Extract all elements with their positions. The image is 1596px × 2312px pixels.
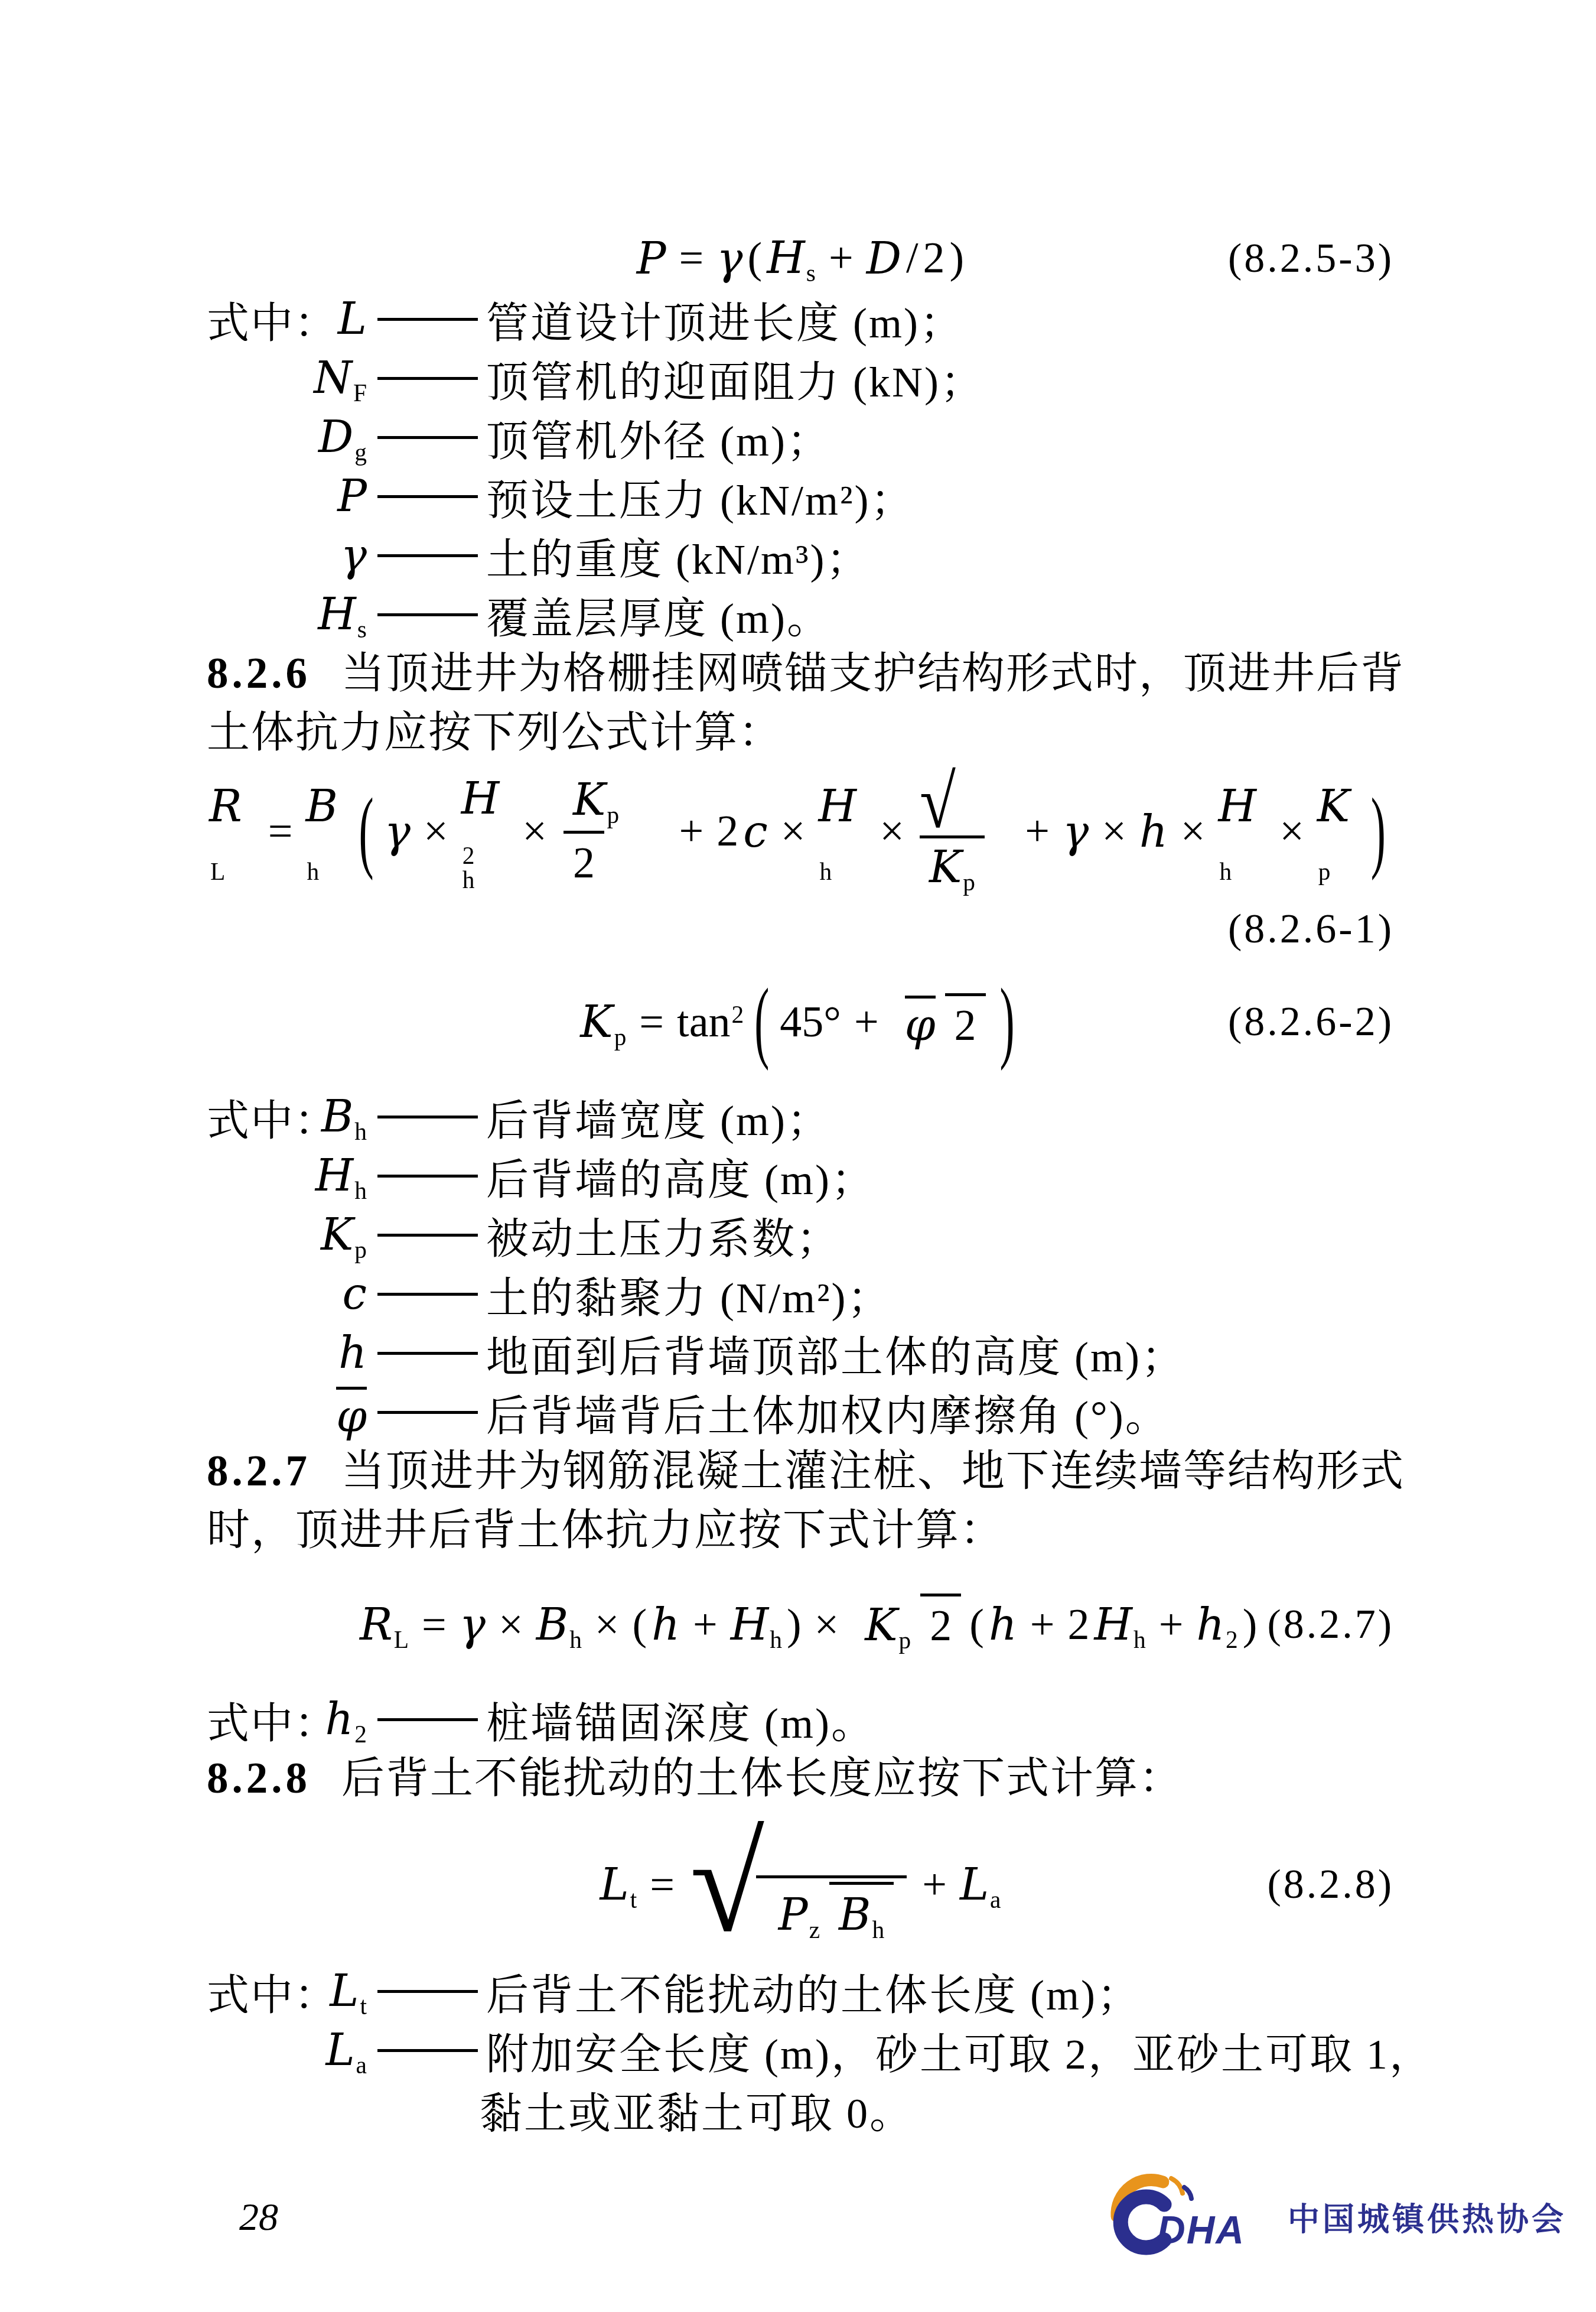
em-dash — [377, 613, 478, 616]
logo-abbr: DHA — [1157, 2208, 1245, 2252]
symbol-term: c — [340, 1269, 369, 1319]
definition-text: 土的重度 (kN/m³)； — [486, 525, 871, 586]
definition-text: 土的黏聚力 (N/m²)； — [486, 1263, 892, 1325]
formula-8-2-6-2: Kp=tan2(45°+φ2) (8.2.6-2) — [207, 957, 1394, 1087]
formula-expression: Lt=√PzBh+La — [598, 1817, 1004, 1952]
em-dash — [377, 1411, 478, 1414]
page-number: 28 — [239, 2195, 278, 2240]
logo-mark-icon: DHA — [1106, 2173, 1275, 2262]
page-footer: 28 DHA 中国城镇供热协会 — [0, 2165, 1596, 2269]
definition-text: 后背土不能扰动的土体长度 (m)； — [486, 1960, 1141, 2022]
em-dash — [377, 2049, 478, 2052]
formula-where-label: 式中： — [207, 1086, 338, 1147]
definition-row-La-continuation: 黏土或亚黏土可取 0。 — [207, 2080, 1394, 2139]
definition-text: 地面到后背墙顶部土体的高度 (m)； — [486, 1322, 1185, 1384]
symbol-term: φ — [334, 1387, 369, 1438]
page-content: P=γ(Hs+D/2) (8.2.5-3) 式中：L 管道设计顶进长度 (m)；… — [0, 0, 1596, 2139]
formula-expression: RL=γ×Bh×(h+Hh)×Kp2(h+2Hh+h2) — [357, 1594, 1259, 1656]
clause-number: 8.2.6 — [207, 649, 311, 697]
formula-8-2-7: RL=γ×Bh×(h+Hh)×Kp2(h+2Hh+h2) (8.2.7) — [207, 1560, 1394, 1690]
equation-number: (8.2.7) — [1267, 1601, 1394, 1648]
clause-8-2-6-line1: 8.2.6当顶进井为格栅挂网喷锚支护结构形式时，顶进井后背 — [207, 644, 1394, 703]
definition-text: 覆盖层厚度 (m)。 — [486, 584, 831, 645]
symbol-term: Hs — [315, 589, 369, 640]
equation-number: (8.2.5-3) — [1228, 235, 1394, 282]
formula-where-label: 式中： — [207, 1960, 338, 2022]
formula-expression: Kp=tan2(45°+φ2) — [578, 993, 1022, 1052]
definition-row-phi-bar: φ 后背墙背后土体加权内摩擦角 (°)。 — [207, 1383, 1394, 1442]
definition-text: 后背墙宽度 (m)； — [486, 1086, 831, 1147]
clause-8-2-7-line2: 时，顶进井后背土体抗力应按下式计算： — [207, 1501, 1394, 1560]
clause-text: 当顶进井为格栅挂网喷锚支护结构形式时，顶进井后背 — [341, 649, 1405, 697]
logo-org-name: 中国城镇供热协会 — [1288, 2194, 1566, 2240]
em-dash — [377, 377, 478, 380]
formula-8-2-5-3: P=γ(Hs+D/2) (8.2.5-3) — [207, 227, 1394, 290]
clause-text: 当顶进井为钢筋混凝土灌注桩、地下连续墙等结构形式 — [341, 1447, 1405, 1495]
symbol-term: Dg — [316, 412, 369, 463]
formula-8-2-6-1: RL=Bh(γ×H2h×Kp2+2c×Hh×√Kp+γ×h×Hh×Kp) — [207, 762, 1394, 901]
definition-row-Hs: Hs 覆盖层厚度 (m)。 — [207, 585, 1394, 644]
logo-wave-2-icon — [1184, 2187, 1191, 2199]
formula-expression: RL=Bh(γ×H2h×Kp2+2c×Hh×√Kp+γ×h×Hh×Kp) — [207, 770, 1394, 893]
em-dash — [377, 1718, 478, 1721]
document-page: P=γ(Hs+D/2) (8.2.5-3) 式中：L 管道设计顶进长度 (m)；… — [0, 0, 1596, 2312]
formula-expression: P=γ(Hs+D/2) — [634, 233, 966, 284]
clause-number: 8.2.7 — [207, 1447, 311, 1495]
definition-row-La: La 附加安全长度 (m)，砂土可取 2，亚砂土可取 1， — [207, 2021, 1394, 2080]
definition-row-h2: 式中：h2 桩墙锚固深度 (m)。 — [207, 1690, 1394, 1749]
definition-text: 后背墙的高度 (m)； — [486, 1145, 875, 1207]
equation-number: (8.2.6-2) — [1228, 999, 1394, 1046]
clause-text: 后背土不能扰动的土体长度应按下式计算： — [341, 1754, 1183, 1802]
formula-where-label: 式中： — [207, 288, 338, 350]
em-dash — [377, 1293, 478, 1296]
definition-text: 桩墙锚固深度 (m)。 — [486, 1689, 875, 1750]
clause-number: 8.2.8 — [207, 1754, 311, 1802]
logo-wave-1-icon — [1171, 2178, 1183, 2193]
definition-row-Dg: Dg 顶管机外径 (m)； — [207, 408, 1394, 467]
em-dash — [377, 495, 478, 498]
equation-number: (8.2.6-1) — [1228, 906, 1394, 952]
equation-number: (8.2.8) — [1267, 1861, 1394, 1908]
clause-8-2-8-line1: 8.2.8后背土不能扰动的土体长度应按下式计算： — [207, 1749, 1394, 1808]
definition-row-h: h 地面到后背墙顶部土体的高度 (m)； — [207, 1324, 1394, 1383]
symbol-term: γ — [338, 530, 369, 581]
em-dash — [377, 436, 478, 439]
symbol-term: P — [335, 471, 369, 522]
definition-row-L: 式中：L 管道设计顶进长度 (m)； — [207, 290, 1394, 349]
em-dash — [377, 1234, 478, 1237]
definition-row-NF: NF 顶管机的迎面阻力 (kN)； — [207, 349, 1394, 408]
association-logo: DHA 中国城镇供热协会 — [1106, 2173, 1566, 2262]
definition-row-c: c 土的黏聚力 (N/m²)； — [207, 1264, 1394, 1324]
symbol-term: La — [323, 2025, 369, 2076]
symbol-term: h — [336, 1328, 369, 1378]
clause-8-2-7-line1: 8.2.7当顶进井为钢筋混凝土灌注桩、地下连续墙等结构形式 — [207, 1442, 1394, 1501]
clause-text: 土体抗力应按下列公式计算： — [207, 708, 783, 756]
definition-row-Bh: 式中：Bh 后背墙宽度 (m)； — [207, 1087, 1394, 1146]
em-dash — [377, 1116, 478, 1118]
em-dash — [377, 554, 478, 557]
symbol-term: Kp — [318, 1209, 369, 1261]
definition-text: 管道设计顶进长度 (m)； — [486, 288, 964, 350]
clause-8-2-6-line2: 土体抗力应按下列公式计算： — [207, 703, 1394, 762]
em-dash — [377, 1175, 478, 1178]
definition-text: 预设土压力 (kN/m²)； — [486, 466, 915, 527]
definition-text: 黏土或亚黏土可取 0。 — [480, 2079, 914, 2140]
symbol-term: L — [336, 294, 369, 344]
definition-text: 被动土压力系数； — [486, 1204, 841, 1266]
definition-row-gamma: γ 土的重度 (kN/m³)； — [207, 526, 1394, 585]
definition-text: 附加安全长度 (m)，砂土可取 2，亚砂土可取 1， — [486, 2020, 1434, 2081]
symbol-term: Hh — [313, 1150, 369, 1202]
formula-8-2-8: Lt=√PzBh+La (8.2.8) — [207, 1808, 1394, 1962]
definition-row-Hh: Hh 后背墙的高度 (m)； — [207, 1146, 1394, 1205]
formula-where-label: 式中： — [207, 1689, 338, 1750]
em-dash — [377, 318, 478, 321]
definition-row-P: P 预设土压力 (kN/m²)； — [207, 467, 1394, 526]
definition-text: 顶管机外径 (m)； — [486, 407, 831, 468]
definition-text: 后背墙背后土体加权内摩擦角 (°)。 — [486, 1381, 1170, 1443]
definition-row-Lt: 式中：Lt 后背土不能扰动的土体长度 (m)； — [207, 1962, 1394, 2021]
definition-row-Kp: Kp 被动土压力系数； — [207, 1205, 1394, 1264]
clause-text: 时，顶进井后背土体抗力应按下式计算： — [207, 1506, 1004, 1554]
em-dash — [377, 1990, 478, 1993]
em-dash — [377, 1352, 478, 1355]
formula-8-2-6-1-number-row: (8.2.6-1) — [207, 901, 1394, 957]
symbol-term: NF — [311, 353, 369, 404]
definition-text: 顶管机的迎面阻力 (kN)； — [486, 347, 985, 409]
